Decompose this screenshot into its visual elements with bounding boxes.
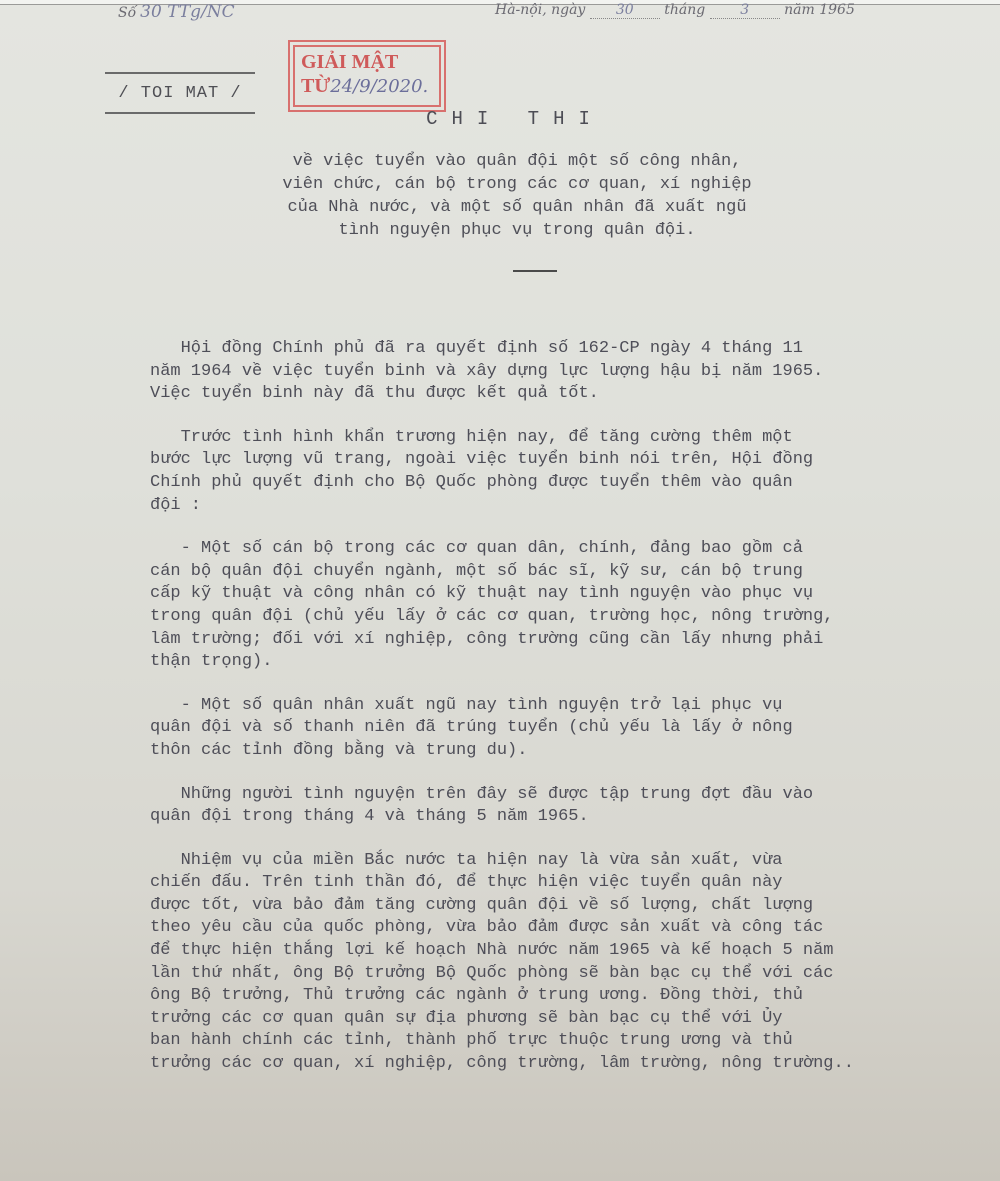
number-label: Số bbox=[118, 5, 136, 21]
place-date-label: Hà-nội, ngày bbox=[495, 2, 585, 18]
body-line: được tốt, vừa bảo đảm tăng cường quân độ… bbox=[150, 895, 990, 918]
body-line: lần thứ nhất, ông Bộ trưởng Bộ Quốc phòn… bbox=[150, 963, 990, 986]
body-paragraph: Hội đồng Chính phủ đã ra quyết định số 1… bbox=[150, 338, 990, 406]
body-paragraph: - Một số cán bộ trong các cơ quan dân, c… bbox=[150, 538, 990, 674]
body-line: Trước tình hình khẩn trương hiện nay, để… bbox=[150, 427, 990, 450]
declassified-stamp: GIẢI MẬT TỪ24/9/2020. bbox=[288, 40, 446, 112]
document-title: CHI THI bbox=[0, 108, 1000, 130]
subtitle-line: về việc tuyển vào quân đội một số công n… bbox=[232, 150, 802, 173]
document-body: Hội đồng Chính phủ đã ra quyết định số 1… bbox=[150, 338, 990, 1097]
body-line: thận trọng). bbox=[150, 651, 990, 674]
year-label: năm bbox=[784, 2, 815, 18]
body-line: quân đội và số thanh niên đã trúng tuyển… bbox=[150, 717, 990, 740]
number-value: 30 TTg/NC bbox=[140, 2, 235, 22]
body-line: trưởng các cơ quan, xí nghiệp, công trườ… bbox=[150, 1053, 990, 1076]
body-line: quân đội trong tháng 4 và tháng 5 năm 19… bbox=[150, 806, 990, 829]
body-line: trưởng các cơ quan quân sự địa phương sẽ… bbox=[150, 1008, 990, 1031]
body-line: thôn các tỉnh đồng bằng và trung du). bbox=[150, 740, 990, 763]
body-paragraph: Những người tình nguyện trên đây sẽ được… bbox=[150, 784, 990, 829]
month-label: tháng bbox=[664, 2, 705, 18]
body-line: lâm trường; đối với xí nghiệp, công trườ… bbox=[150, 629, 990, 652]
body-line: Những người tình nguyện trên đây sẽ được… bbox=[150, 784, 990, 807]
body-line: trong quân đội (chủ yếu lấy ở các cơ qua… bbox=[150, 606, 990, 629]
body-paragraph: Trước tình hình khẩn trương hiện nay, để… bbox=[150, 427, 990, 517]
body-line: cấp kỹ thuật và công nhân có kỹ thuật na… bbox=[150, 583, 990, 606]
subtitle-line: tình nguyện phục vụ trong quân đội. bbox=[232, 219, 802, 242]
subtitle-line: viên chức, cán bộ trong các cơ quan, xí … bbox=[232, 173, 802, 196]
year-value: 1965 bbox=[819, 2, 855, 18]
body-line: năm 1964 về việc tuyển binh và xây dựng … bbox=[150, 361, 990, 384]
body-line: để thực hiện thắng lợi kế hoạch Nhà nước… bbox=[150, 940, 990, 963]
document-subtitle: về việc tuyển vào quân đội một số công n… bbox=[232, 150, 802, 242]
body-line: Hội đồng Chính phủ đã ra quyết định số 1… bbox=[150, 338, 990, 361]
day-value: 30 bbox=[590, 2, 660, 19]
document-number: Số30 TTg/NC bbox=[118, 2, 235, 22]
place-date-line: Hà-nội, ngày 30 tháng 3 năm 1965 bbox=[495, 2, 855, 19]
body-line: ban hành chính các tỉnh, thành phố trực … bbox=[150, 1030, 990, 1053]
body-paragraph: - Một số quân nhân xuất ngũ nay tình ngu… bbox=[150, 695, 990, 763]
body-line: ông Bộ trưởng, Thủ trưởng các ngành ở tr… bbox=[150, 985, 990, 1008]
body-line: cán bộ quân đội chuyển ngành, một số bác… bbox=[150, 561, 990, 584]
body-line: chiến đấu. Trên tinh thần đó, để thực hi… bbox=[150, 872, 990, 895]
month-value: 3 bbox=[710, 2, 780, 19]
body-line: - Một số quân nhân xuất ngũ nay tình ngu… bbox=[150, 695, 990, 718]
body-line: đội : bbox=[150, 495, 990, 518]
body-line: - Một số cán bộ trong các cơ quan dân, c… bbox=[150, 538, 990, 561]
stamp-from-label: TỪ bbox=[301, 75, 330, 97]
body-line: bước lực lượng vũ trang, ngoài việc tuyể… bbox=[150, 449, 990, 472]
body-line: theo yêu cầu của quốc phòng, vừa bảo đảm… bbox=[150, 917, 990, 940]
stamp-date: 24/9/2020. bbox=[330, 76, 428, 97]
body-line: Nhiệm vụ của miền Bắc nước ta hiện nay l… bbox=[150, 850, 990, 873]
body-line: Chính phủ quyết định cho Bộ Quốc phòng đ… bbox=[150, 472, 990, 495]
subtitle-line: của Nhà nước, và một số quân nhân đã xuấ… bbox=[232, 196, 802, 219]
body-paragraph: Nhiệm vụ của miền Bắc nước ta hiện nay l… bbox=[150, 850, 990, 1076]
body-line: Việc tuyển binh này đã thu được kết quả … bbox=[150, 383, 990, 406]
title-divider bbox=[513, 270, 557, 272]
stamp-title: GIẢI MẬT bbox=[301, 50, 439, 74]
